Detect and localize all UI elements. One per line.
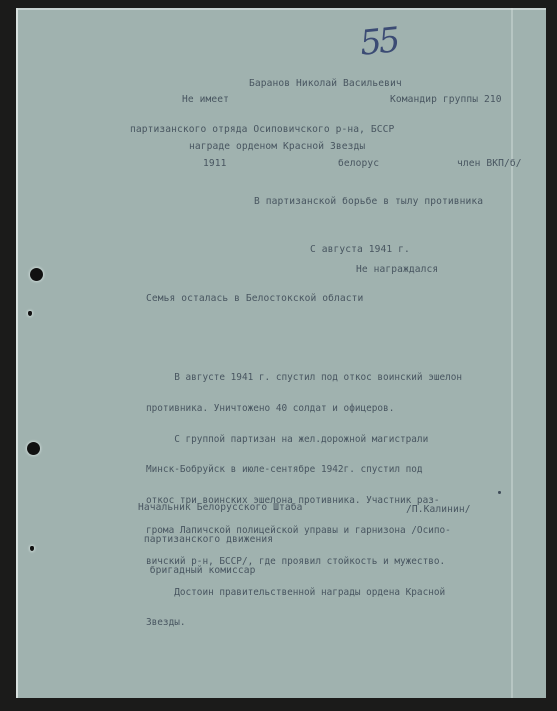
paper-fold-line — [511, 8, 513, 698]
party-membership: член ВКП/б/ — [457, 158, 522, 169]
position: Командир группы 210 — [390, 94, 502, 105]
signatory-title: Начальник Белорусского Штаба партизанско… — [138, 482, 303, 598]
narrative-line: С группой партизан на жел.дорожной магис… — [146, 435, 462, 445]
narrative-line: В августе 1941 г. спустил под откос воин… — [146, 373, 462, 383]
narrative-line: Звезды. — [146, 618, 462, 628]
signatory-title-line: партизанского движения — [138, 535, 303, 546]
award-recommended: награде орденом Красной Звезды — [189, 141, 365, 152]
narrative-line: Минск-Бобруйск в июле-сентябре 1942г. сп… — [146, 465, 462, 475]
archival-document-page: 55 Баранов Николай Васильевич Не имеет К… — [16, 8, 546, 698]
service-in-war: В партизанской борьбе в тылу противника — [254, 196, 483, 207]
family-status: Семья осталась в Белостокской области — [146, 293, 363, 304]
unit: партизанского отряда Осиповичского р-на,… — [130, 124, 394, 135]
punch-hole-icon — [27, 442, 40, 455]
service-since: С августа 1941 г. — [310, 244, 410, 255]
prior-awards-status: Не имеет — [182, 94, 229, 105]
signatory-title-line: Начальник Белорусского Штаба — [138, 503, 303, 514]
paper-mark-icon — [30, 546, 34, 551]
ink-dot-icon — [498, 491, 501, 494]
handwritten-page-number: 55 — [358, 20, 399, 64]
birth-year: 1911 — [203, 158, 227, 169]
nationality: белорус — [338, 158, 379, 169]
signatory-name: /П.Калинин/ — [406, 504, 471, 515]
paper-mark-icon — [28, 311, 32, 316]
full-name: Баранов Николай Васильевич — [249, 78, 402, 89]
narrative-line: противника. Уничтожено 40 солдат и офице… — [146, 404, 462, 414]
previous-awards: Не награждался — [356, 264, 438, 275]
punch-hole-icon — [30, 268, 43, 281]
signatory-title-line: бригадный комиссар — [138, 566, 303, 577]
